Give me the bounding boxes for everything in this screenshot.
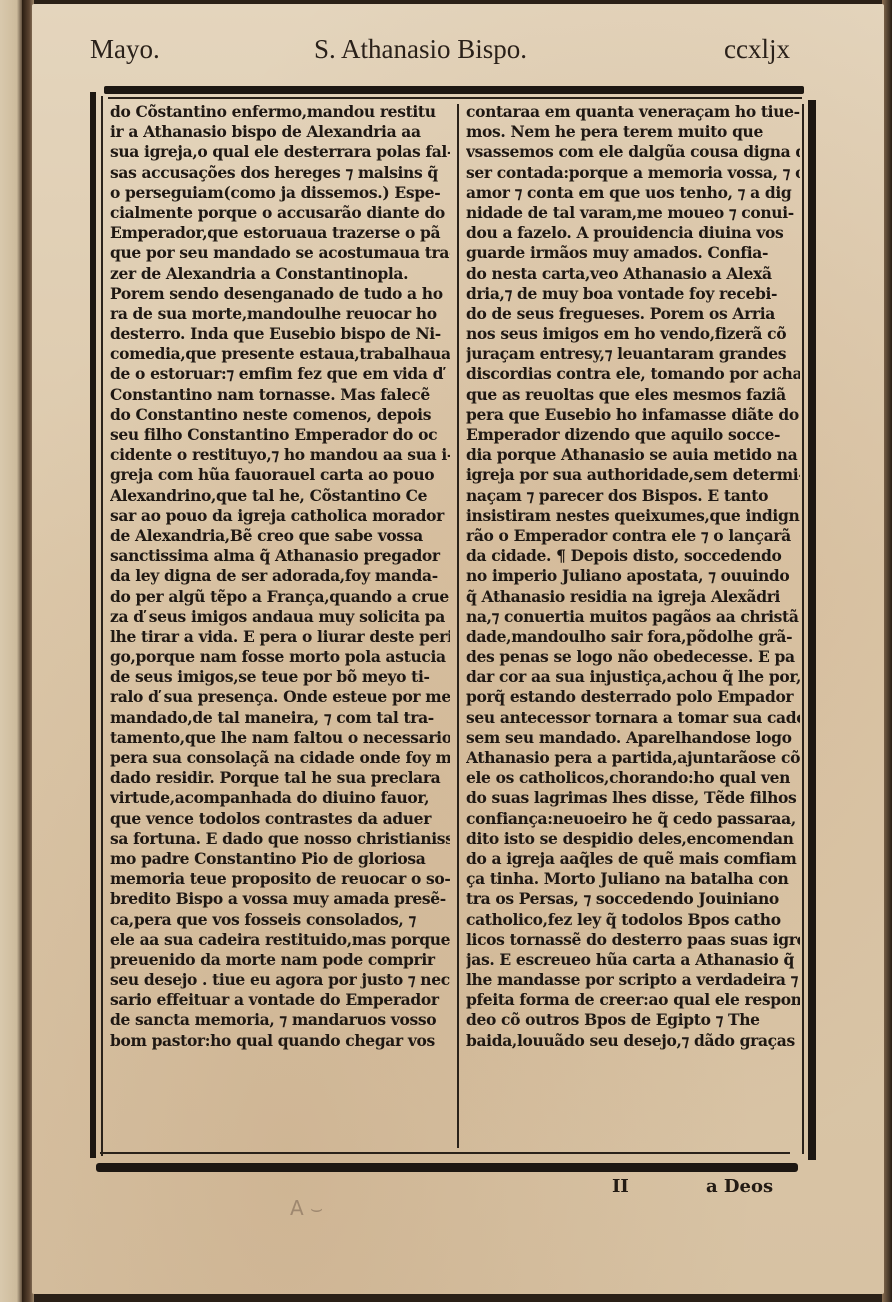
text-line: lhe tirar a vida. E pera o liurar deste … <box>110 627 450 647</box>
text-line: dade,mandoulho sair fora,põdolhe grã- <box>466 627 800 647</box>
text-line: tra os Persas, ⁊ soccedendo Jouiniano <box>466 889 800 909</box>
text-line: que vence todolos contrastes da aduer <box>110 809 450 829</box>
running-head-month: Mayo. <box>90 34 160 65</box>
text-line: Constantino nam tornasse. Mas falecẽ <box>110 385 450 405</box>
text-line: que as reuoltas que eles mesmos faziã <box>466 385 800 405</box>
running-head-title: S. Athanasio Bispo. <box>314 34 527 65</box>
text-line: ir a Athanasio bispo de Alexandria aa <box>110 122 450 142</box>
text-line: da cidade. ¶ Depois disto, soccedendo <box>466 546 800 566</box>
text-line: licos tornassẽ do desterro paas suas igr… <box>466 930 800 950</box>
text-line: greja com hũa fauorauel carta ao pouo <box>110 465 450 485</box>
text-line: seu antecessor tornara a tomar sua cadei… <box>466 708 800 728</box>
text-line: bredito Bispo a vossa muy amada presẽ- <box>110 889 450 909</box>
text-line: mos. Nem he pera terem muito que <box>466 122 800 142</box>
text-line: do a igreja aaq̃les de quẽ mais comfiam <box>466 849 800 869</box>
text-line: tamento,que lhe nam faltou o necessario <box>110 728 450 748</box>
text-line: dado residir. Porque tal he sua preclara <box>110 768 450 788</box>
text-column-right: contaraa em quanta veneraçam ho tiue-mos… <box>466 102 800 1051</box>
text-line: sas accusações dos hereges ⁊ malsins q̃ <box>110 163 450 183</box>
text-line: sanctissima alma q̃ Athanasio pregador <box>110 546 450 566</box>
text-line: desterro. Inda que Eusebio bispo de Ni- <box>110 324 450 344</box>
text-line: confiança:neuoeiro he q̃ cedo passaraa, … <box>466 809 800 829</box>
text-line: nos seus imigos em ho vendo,fizerã cõ <box>466 324 800 344</box>
text-line: de o estoruar:⁊ emfim fez que em vida ď <box>110 364 450 384</box>
text-line: no imperio Juliano apostata, ⁊ ouuindo <box>466 566 800 586</box>
text-line: comedia,que presente estaua,trabalhaua <box>110 344 450 364</box>
top-border-thin-rule <box>108 97 802 99</box>
text-line: que por seu mandado se acostumaua tra- <box>110 243 450 263</box>
text-line: Alexandrino,que tal he, Cõstantino Ce <box>110 486 450 506</box>
text-line: Emperador,que estoruaua trazerse o pã <box>110 223 450 243</box>
text-line: cialmente porque o accusarão diante do <box>110 203 450 223</box>
text-line: sem seu mandado. Aparelhandose logo <box>466 728 800 748</box>
text-line: igreja por sua authoridade,sem determi- <box>466 465 800 485</box>
right-border-thin-rule <box>802 104 804 1154</box>
facing-page-edge <box>0 0 24 1302</box>
column-divider <box>457 104 459 1148</box>
text-line: na,⁊ conuertia muitos pagãos aa christã <box>466 607 800 627</box>
text-line: ser contada:porque a memoria vossa, ⁊ o <box>466 163 800 183</box>
text-line: naçam ⁊ parecer dos Bispos. E tanto <box>466 486 800 506</box>
text-column-left: do Cõstantino enfermo,mandou restituir a… <box>110 102 450 1051</box>
text-line: sar ao pouo da igreja catholica morador <box>110 506 450 526</box>
text-line: sua igreja,o qual ele desterrara polas f… <box>110 142 450 162</box>
text-line: discordias contra ele, tomando por acha <box>466 364 800 384</box>
bottom-border-thin-rule <box>100 1152 790 1154</box>
text-line: des penas se logo não obedecesse. E pa <box>466 647 800 667</box>
text-line: lhe mandasse por scripto a verdadeira ⁊ <box>466 970 800 990</box>
text-line: mo padre Constantino Pio de gloriosa <box>110 849 450 869</box>
text-line: porq̃ estando desterrado polo Empador <box>466 687 800 707</box>
text-line: o perseguiam(como ja dissemos.) Espe- <box>110 183 450 203</box>
signature-mark: II <box>612 1176 629 1204</box>
left-border-thin-rule <box>101 96 103 1156</box>
bottom-border-rule <box>96 1163 798 1172</box>
text-line: contaraa em quanta veneraçam ho tiue- <box>466 102 800 122</box>
text-line: jas. E escreueo hũa carta a Athanasio q̃ <box>466 950 800 970</box>
text-line: insistiram nestes queixumes,que indigna <box>466 506 800 526</box>
text-line: mandado,de tal maneira, ⁊ com tal tra- <box>110 708 450 728</box>
text-line: dito isto se despidio deles,encomendan <box>466 829 800 849</box>
right-border-rule <box>808 100 816 1160</box>
text-line: dou a fazelo. A prouidencia diuina vos <box>466 223 800 243</box>
text-line: do nesta carta,veo Athanasio a Alexã <box>466 264 800 284</box>
text-line: de Alexandria,Bẽ creo que sabe vossa <box>110 526 450 546</box>
text-line: ca,pera que vos fosseis consolados, ⁊ <box>110 910 450 930</box>
text-line: za ď seus imigos andaua muy solicita pa <box>110 607 450 627</box>
text-line: Athanasio pera a partida,ajuntarãose cõ <box>466 748 800 768</box>
text-line: virtude,acompanhada do diuino fauor, <box>110 788 450 808</box>
text-line: pera que Eusebio ho infamasse diãte do <box>466 405 800 425</box>
text-line: do de seus fregueses. Porem os Arria <box>466 304 800 324</box>
text-line: do per algũ tẽpo a França,quando a crue <box>110 587 450 607</box>
text-line: zer de Alexandria a Constantinopla. <box>110 264 450 284</box>
pencil-marginalia: A ⌣ <box>290 1196 340 1236</box>
text-line: ele aa sua cadeira restituido,mas porque <box>110 930 450 950</box>
text-line: dia porque Athanasio se auia metido na <box>466 445 800 465</box>
text-line: da ley digna de ser adorada,foy manda- <box>110 566 450 586</box>
text-line: bom pastor:ho qual quando chegar vos <box>110 1031 450 1051</box>
text-line: q̃ Athanasio residia na igreja Alexãdri <box>466 587 800 607</box>
text-line: pera sua consolaçã na cidade onde foy mã <box>110 748 450 768</box>
text-line: ralo ď sua presença. Onde esteue por meu <box>110 687 450 707</box>
text-line: de sancta memoria, ⁊ mandaruos vosso <box>110 1010 450 1030</box>
text-line: do Constantino neste comenos, depois <box>110 405 450 425</box>
folio-number: ccxljx <box>724 34 790 65</box>
text-line: do suas lagrimas lhes disse, Tẽde filhos <box>466 788 800 808</box>
running-head: Mayo. S. Athanasio Bispo. ccxljx <box>90 34 790 70</box>
text-line: guarde irmãos muy amados. Confia- <box>466 243 800 263</box>
text-line: juraçam entresy,⁊ leuantaram grandes <box>466 344 800 364</box>
text-line: ra de sua morte,mandoulhe reuocar ho <box>110 304 450 324</box>
text-line: Porem sendo desenganado de tudo a ho <box>110 284 450 304</box>
text-line: ça tinha. Morto Juliano na batalha con <box>466 869 800 889</box>
text-line: baida,louuãdo seu desejo,⁊ dãdo graças <box>466 1031 800 1051</box>
text-line: cidente o restituyo,⁊ ho mandou aa sua i… <box>110 445 450 465</box>
text-line: memoria teue proposito de reuocar o so- <box>110 869 450 889</box>
text-line: preuenido da morte nam pode comprir <box>110 950 450 970</box>
text-line: deo cõ outros Bpos de Egipto ⁊ The <box>466 1010 800 1030</box>
text-line: ele os catholicos,chorando:ho qual ven <box>466 768 800 788</box>
catchword: a Deos <box>706 1176 773 1204</box>
text-line: seu desejo . tiue eu agora por justo ⁊ n… <box>110 970 450 990</box>
text-line: rão o Emperador contra ele ⁊ o lançarã <box>466 526 800 546</box>
text-line: dar cor aa sua injustiça,achou q̃ lhe po… <box>466 667 800 687</box>
text-line: Emperador dizendo que aquilo socce- <box>466 425 800 445</box>
text-line: do Cõstantino enfermo,mandou restitu <box>110 102 450 122</box>
text-line: seu filho Constantino Emperador do oc <box>110 425 450 445</box>
text-line: de seus imigos,se teue por bõ meyo ti- <box>110 667 450 687</box>
text-line: amor ⁊ conta em que uos tenho, ⁊ a dig <box>466 183 800 203</box>
text-line: nidade de tal varam,me moueo ⁊ conui- <box>466 203 800 223</box>
text-line: sario effeituar a vontade do Emperador <box>110 990 450 1010</box>
text-line: go,porque nam fosse morto pola astucia <box>110 647 450 667</box>
text-line: vsassemos com ele dalgũa cousa digna ď <box>466 142 800 162</box>
left-border-rule <box>90 92 96 1158</box>
text-line: sa fortuna. E dado que nosso christianis… <box>110 829 450 849</box>
top-border-rule <box>104 86 804 94</box>
text-line: dria,⁊ de muy boa vontade foy recebi- <box>466 284 800 304</box>
text-line: catholico,fez ley q̃ todolos Bpos catho <box>466 910 800 930</box>
text-line: pfeita forma de creer:ao qual ele respon… <box>466 990 800 1010</box>
